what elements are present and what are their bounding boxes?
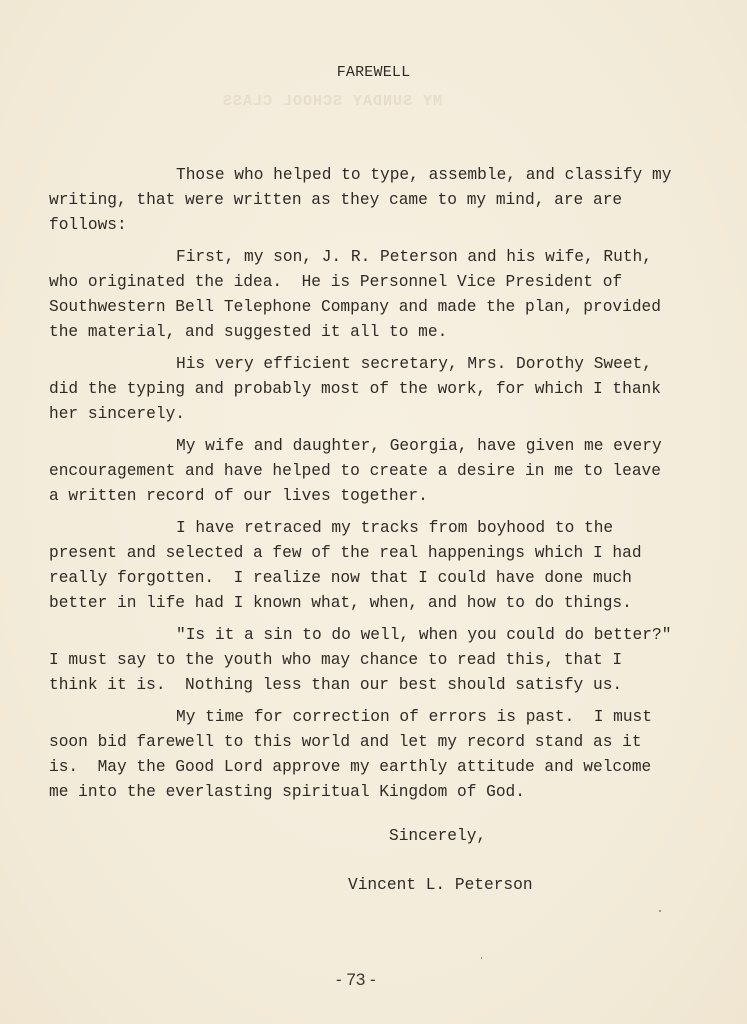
paragraph-son: First, my son, J. R. Peterson and his wi… <box>49 245 729 345</box>
text-line: really forgotten. I realize now that I c… <box>49 566 729 591</box>
text-line: is. May the Good Lord approve my earthly… <box>49 755 729 780</box>
text-line: did the typing and probably most of the … <box>49 377 729 402</box>
text-line: My wife and daughter, Georgia, have give… <box>49 434 729 459</box>
text-line: First, my son, J. R. Peterson and his wi… <box>49 245 729 270</box>
text-line: I have retraced my tracks from boyhood t… <box>49 516 729 541</box>
text-line: His very efficient secretary, Mrs. Dorot… <box>49 352 729 377</box>
page-title: FAREWELL <box>0 64 747 81</box>
text-line: I must say to the youth who may chance t… <box>49 648 729 673</box>
document-page: MY SUNDAY SCHOOL CLASS FAREWELL Those wh… <box>0 0 747 1024</box>
closing-salutation: Sincerely, <box>389 827 486 845</box>
text-line: a written record of our lives together. <box>49 484 729 509</box>
text-line: soon bid farewell to this world and let … <box>49 730 729 755</box>
paragraph-sin-question: "Is it a sin to do well, when you could … <box>49 623 729 698</box>
paragraph-retraced: I have retraced my tracks from boyhood t… <box>49 516 729 616</box>
text-line: present and selected a few of the real h… <box>49 541 729 566</box>
paragraph-farewell: My time for correction of errors is past… <box>49 705 729 805</box>
bleed-through-text: MY SUNDAY SCHOOL CLASS <box>222 93 442 110</box>
paragraph-family: My wife and daughter, Georgia, have give… <box>49 434 729 509</box>
text-line: writing, that were written as they came … <box>49 188 729 213</box>
text-line: me into the everlasting spiritual Kingdo… <box>49 780 729 805</box>
text-line: Southwestern Bell Telephone Company and … <box>49 295 729 320</box>
text-line: the material, and suggested it all to me… <box>49 320 729 345</box>
paragraph-helpers: Those who helped to type, assemble, and … <box>49 163 729 238</box>
paper-speck <box>481 957 482 959</box>
text-line: who originated the idea. He is Personnel… <box>49 270 729 295</box>
signature: Vincent L. Peterson <box>348 876 533 894</box>
paragraph-secretary: His very efficient secretary, Mrs. Dorot… <box>49 352 729 427</box>
text-line: "Is it a sin to do well, when you could … <box>49 623 729 648</box>
text-line: her sincerely. <box>49 402 729 427</box>
text-line: think it is. Nothing less than our best … <box>49 673 729 698</box>
text-line: Those who helped to type, assemble, and … <box>49 163 729 188</box>
text-line: better in life had I known what, when, a… <box>49 591 729 616</box>
page-number: - 73 - <box>336 970 376 990</box>
text-line: follows: <box>49 213 729 238</box>
text-line: encouragement and have helped to create … <box>49 459 729 484</box>
letter-body: Those who helped to type, assemble, and … <box>49 163 729 812</box>
text-line: My time for correction of errors is past… <box>49 705 729 730</box>
paper-speck <box>659 910 661 912</box>
